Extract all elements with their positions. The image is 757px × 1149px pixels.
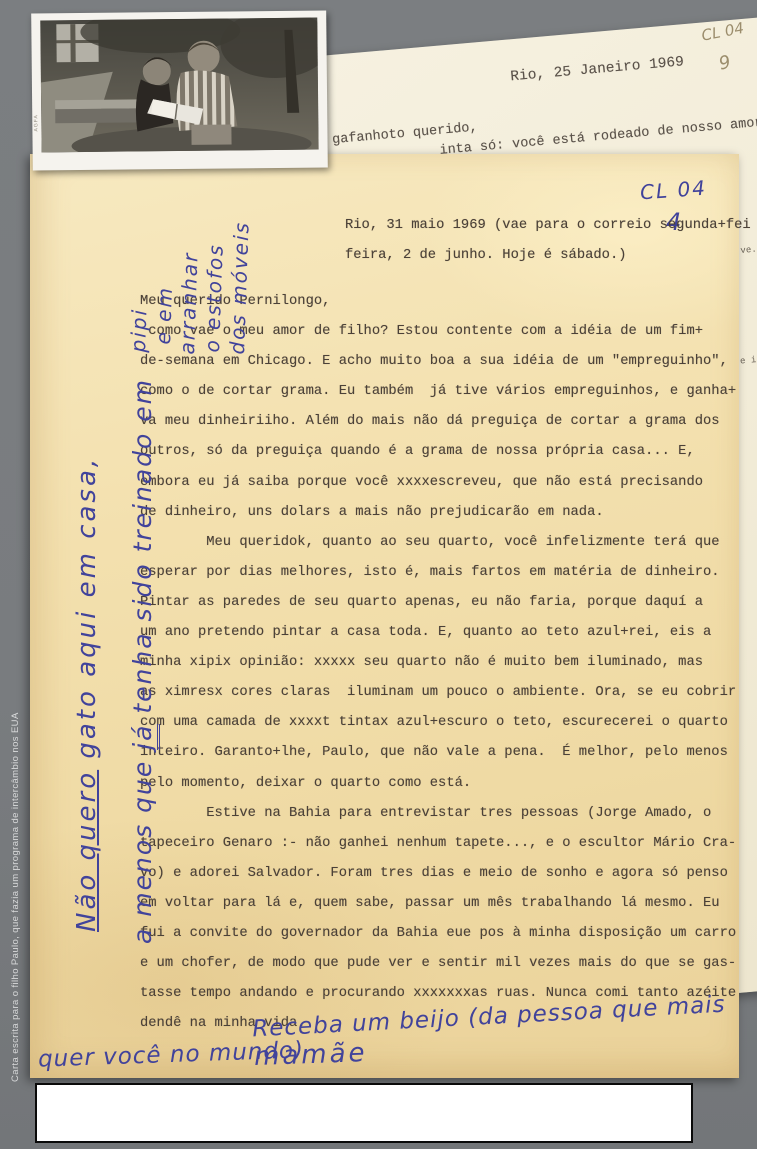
letter-line: Meu queridok, quanto ao seu quarto, você… xyxy=(140,528,736,558)
letter-line: esperar por dias melhores, isto é, mais … xyxy=(140,558,736,588)
margin-note-double-underlined: já xyxy=(128,724,160,750)
two-boys-reading-photo xyxy=(40,18,318,153)
letter-line: embora eu já saiba porque você xxxxescre… xyxy=(140,468,736,498)
letter-line: Estive na Bahia para entrevistar tres pe… xyxy=(140,799,736,829)
letter-line: como o de cortar grama. Eu também já tiv… xyxy=(140,377,736,407)
letter-line: va meu dinheiriiho. Além do mais não dá … xyxy=(140,407,736,437)
margin-note-line2: a menos que já tenha sido treinado em xyxy=(128,378,157,944)
margin-note-column: dos móveis xyxy=(225,221,254,355)
letter-line: de dinheiro, uns dolars a mais não preju… xyxy=(140,498,736,528)
letter-dateline-line1: Rio, 31 maio 1969 (vae para o correio se… xyxy=(345,218,751,233)
margin-note-column: o estofos xyxy=(200,243,228,353)
letter-line: inteiro. Garanto+lhe, Paulo, que não val… xyxy=(140,738,736,768)
letter-line: um ano pretendo pintar a casa toda. E, q… xyxy=(140,618,736,648)
photo-image xyxy=(40,18,318,153)
margin-note-underlined: Não quero xyxy=(72,770,102,932)
letter-line: tapeceiro Genaro :- não ganhei nenhum ta… xyxy=(140,829,736,859)
letter-line: as ximresx cores claras iluminam um pouc… xyxy=(140,678,736,708)
letter-line: outros, só da preguiça quando é a grama … xyxy=(140,437,736,467)
caption-box xyxy=(35,1083,693,1143)
film-edge-marking: AGFA xyxy=(33,114,39,131)
archive-side-caption: Carta escrita para o filho Paulo, que fa… xyxy=(10,622,21,1082)
letter-dateline-line2: feira, 2 de junho. Hoje é sábado.) xyxy=(345,248,627,263)
margin-note-text: gato aqui em casa, xyxy=(72,456,102,770)
margin-note-text: tenha sido treinado em xyxy=(128,378,157,724)
letter-line: fui a convite do governador da Bahia eue… xyxy=(140,919,736,949)
edge-text-fragment: ve. xyxy=(740,245,757,256)
background-letter-dateline: Rio, 25 Janeiro 1969 xyxy=(510,54,685,85)
letter-line: e um chofer, de modo que pude ver e sent… xyxy=(140,949,736,979)
letter-line: Pintar as paredes de seu quarto apenas, … xyxy=(140,588,736,618)
letter-line: pelo momento, deixar o quarto como está. xyxy=(140,769,736,799)
letter-line: em voltar para lá e, quem sabe, passar u… xyxy=(140,889,736,919)
letter-body: Meu querido Pernilongo, como vae o meu a… xyxy=(140,287,736,1039)
archive-code-main: CL 04 xyxy=(639,176,707,205)
main-letter-sheet: CL 04 4 Rio, 31 maio 1969 (vae para o co… xyxy=(30,154,739,1078)
photograph: AGFA xyxy=(31,10,328,170)
archive-number-background: 9 xyxy=(717,52,733,75)
margin-note-column: arranhar xyxy=(175,251,203,355)
margin-note-line1: Não quero gato aqui em casa, xyxy=(72,456,102,932)
margin-note-column: pipi xyxy=(126,308,152,353)
letter-line: vo) e adorei Salvador. Foram tres dias e… xyxy=(140,859,736,889)
margin-note-column: e em xyxy=(151,286,177,345)
signature-mamae: mamãe xyxy=(254,1038,368,1072)
background-letter-partial-line: inta só: você está rodeado de nosso amor… xyxy=(439,104,757,159)
scanned-archive-page: Carta escrita para o filho Paulo, que fa… xyxy=(0,0,757,1149)
archive-code-background: CL 04 xyxy=(700,19,745,45)
letter-line: minha xipix opinião: xxxxx seu quarto nã… xyxy=(140,648,736,678)
letter-line: com uma camada de xxxxt tintax azul+escu… xyxy=(140,708,736,738)
edge-text-fragment: e i xyxy=(740,355,757,366)
margin-note-text: a menos que xyxy=(128,750,157,944)
